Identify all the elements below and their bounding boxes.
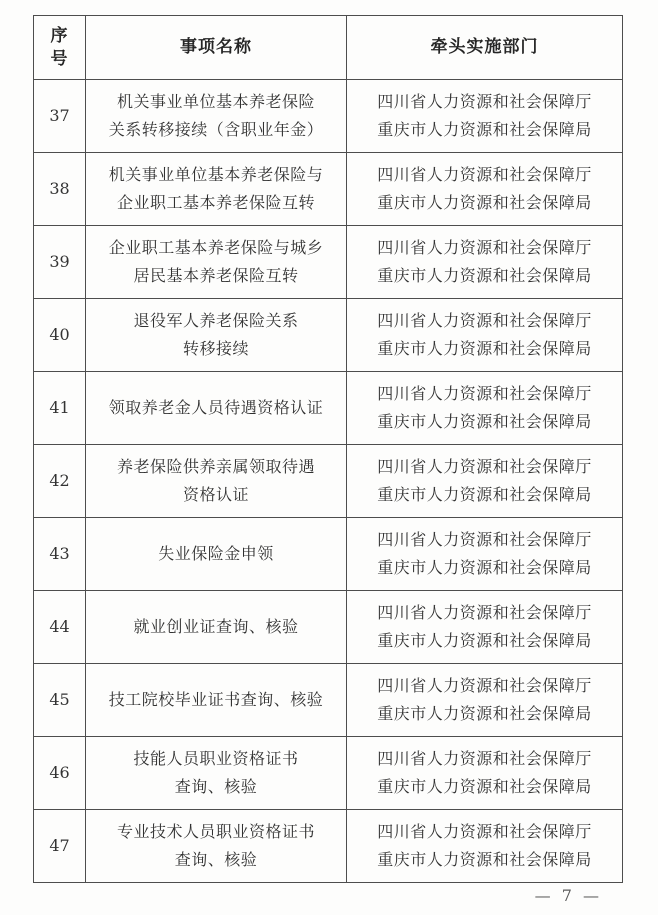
row-serial-number: 40 (34, 299, 86, 372)
row-serial-number: 38 (34, 153, 86, 226)
row-serial-number: 41 (34, 372, 86, 445)
table-row: 39 企业职工基本养老保险与城乡 居民基本养老保险互转 四川省人力资源和社会保障… (34, 226, 623, 299)
row-lead-department: 四川省人力资源和社会保障厅 重庆市人力资源和社会保障局 (347, 299, 623, 372)
table-row: 45 技工院校毕业证书查询、核验 四川省人力资源和社会保障厅 重庆市人力资源和社… (34, 664, 623, 737)
row-item-name: 技能人员职业资格证书 查询、核验 (86, 737, 347, 810)
row-serial-number: 47 (34, 810, 86, 883)
table-row: 42 养老保险供养亲属领取待遇 资格认证 四川省人力资源和社会保障厅 重庆市人力… (34, 445, 623, 518)
table-row: 43 失业保险金申领 四川省人力资源和社会保障厅 重庆市人力资源和社会保障局 (34, 518, 623, 591)
table-row: 47 专业技术人员职业资格证书 查询、核验 四川省人力资源和社会保障厅 重庆市人… (34, 810, 623, 883)
document-page: 序 号 事项名称 牵头实施部门 37 机关事业单位基本养老保险 关系转移接续（含… (0, 0, 658, 915)
table-row: 46 技能人员职业资格证书 查询、核验 四川省人力资源和社会保障厅 重庆市人力资… (34, 737, 623, 810)
table-row: 40 退役军人养老保险关系 转移接续 四川省人力资源和社会保障厅 重庆市人力资源… (34, 299, 623, 372)
row-item-name: 退役军人养老保险关系 转移接续 (86, 299, 347, 372)
row-lead-department: 四川省人力资源和社会保障厅 重庆市人力资源和社会保障局 (347, 737, 623, 810)
row-serial-number: 37 (34, 80, 86, 153)
row-item-name: 机关事业单位基本养老保险与 企业职工基本养老保险互转 (86, 153, 347, 226)
table-row: 44 就业创业证查询、核验 四川省人力资源和社会保障厅 重庆市人力资源和社会保障… (34, 591, 623, 664)
row-item-name: 企业职工基本养老保险与城乡 居民基本养老保险互转 (86, 226, 347, 299)
row-item-name: 失业保险金申领 (86, 518, 347, 591)
row-lead-department: 四川省人力资源和社会保障厅 重庆市人力资源和社会保障局 (347, 591, 623, 664)
row-serial-number: 44 (34, 591, 86, 664)
row-lead-department: 四川省人力资源和社会保障厅 重庆市人力资源和社会保障局 (347, 226, 623, 299)
row-item-name: 专业技术人员职业资格证书 查询、核验 (86, 810, 347, 883)
column-header-serial-number: 序 号 (34, 16, 86, 80)
row-lead-department: 四川省人力资源和社会保障厅 重庆市人力资源和社会保障局 (347, 153, 623, 226)
row-lead-department: 四川省人力资源和社会保障厅 重庆市人力资源和社会保障局 (347, 810, 623, 883)
row-serial-number: 45 (34, 664, 86, 737)
row-lead-department: 四川省人力资源和社会保障厅 重庆市人力资源和社会保障局 (347, 445, 623, 518)
row-lead-department: 四川省人力资源和社会保障厅 重庆市人力资源和社会保障局 (347, 372, 623, 445)
table-header-row: 序 号 事项名称 牵头实施部门 (34, 16, 623, 80)
row-serial-number: 43 (34, 518, 86, 591)
row-serial-number: 39 (34, 226, 86, 299)
row-lead-department: 四川省人力资源和社会保障厅 重庆市人力资源和社会保障局 (347, 80, 623, 153)
row-item-name: 领取养老金人员待遇资格认证 (86, 372, 347, 445)
table-row: 41 领取养老金人员待遇资格认证 四川省人力资源和社会保障厅 重庆市人力资源和社… (34, 372, 623, 445)
service-items-table: 序 号 事项名称 牵头实施部门 37 机关事业单位基本养老保险 关系转移接续（含… (33, 15, 623, 883)
row-serial-number: 46 (34, 737, 86, 810)
row-lead-department: 四川省人力资源和社会保障厅 重庆市人力资源和社会保障局 (347, 664, 623, 737)
row-item-name: 就业创业证查询、核验 (86, 591, 347, 664)
table-row: 37 机关事业单位基本养老保险 关系转移接续（含职业年金） 四川省人力资源和社会… (34, 80, 623, 153)
row-item-name: 机关事业单位基本养老保险 关系转移接续（含职业年金） (86, 80, 347, 153)
row-item-name: 技工院校毕业证书查询、核验 (86, 664, 347, 737)
row-serial-number: 42 (34, 445, 86, 518)
row-item-name: 养老保险供养亲属领取待遇 资格认证 (86, 445, 347, 518)
row-lead-department: 四川省人力资源和社会保障厅 重庆市人力资源和社会保障局 (347, 518, 623, 591)
column-header-item-name: 事项名称 (86, 16, 347, 80)
column-header-lead-department: 牵头实施部门 (347, 16, 623, 80)
page-number: — 7 — (535, 886, 602, 905)
table-row: 38 机关事业单位基本养老保险与 企业职工基本养老保险互转 四川省人力资源和社会… (34, 153, 623, 226)
